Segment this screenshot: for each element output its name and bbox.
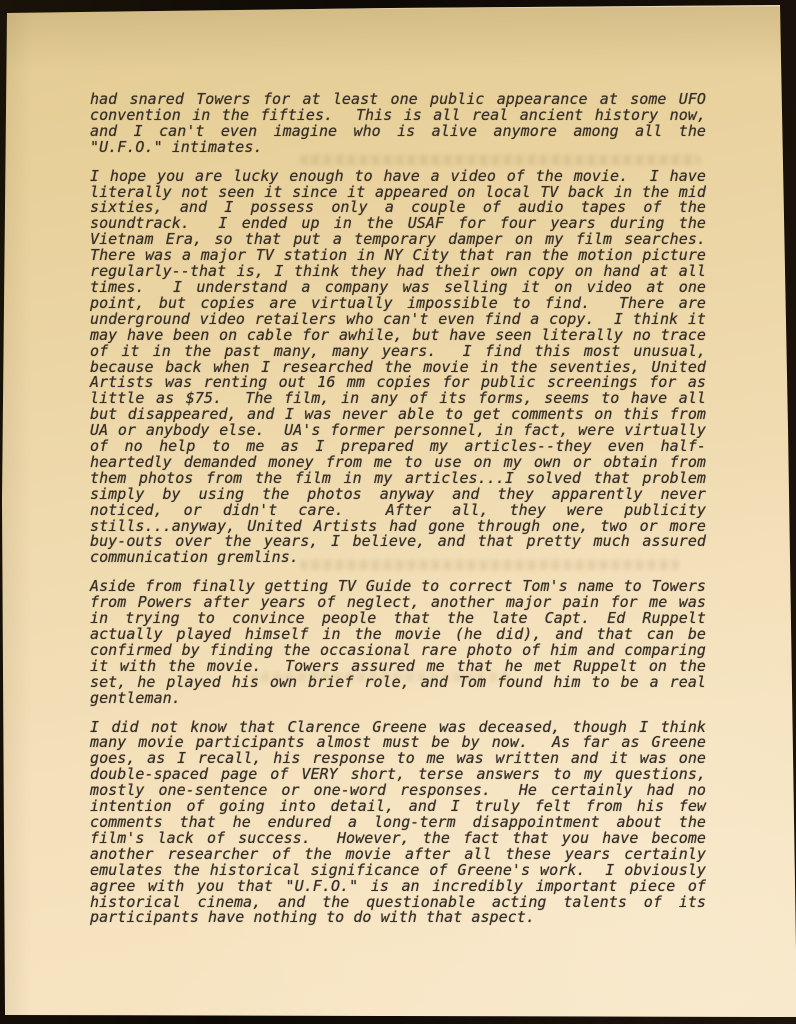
paragraph: I hope you are lucky enough to have a vi…: [90, 169, 706, 567]
text-line: set, he played his own brief role, and T…: [90, 675, 706, 691]
paragraph: I did not know that Clarence Greene was …: [90, 720, 706, 927]
paragraph: had snared Towers for at least one publi…: [90, 92, 706, 156]
paper-edge-highlight: [6, 4, 784, 11]
text-line: gentleman.: [90, 691, 706, 707]
letter-page: had snared Towers for at least one publi…: [0, 0, 796, 1024]
text-line: "U.F.O." intimates.: [90, 140, 706, 156]
text-line: participants have nothing to do with tha…: [90, 910, 706, 926]
scan-border: had snared Towers for at least one publi…: [0, 0, 796, 1024]
paragraph: Aside from finally getting TV Guide to c…: [90, 579, 706, 706]
letter-body: had snared Towers for at least one publi…: [90, 92, 706, 939]
text-line: communication gremlins.: [90, 550, 706, 566]
